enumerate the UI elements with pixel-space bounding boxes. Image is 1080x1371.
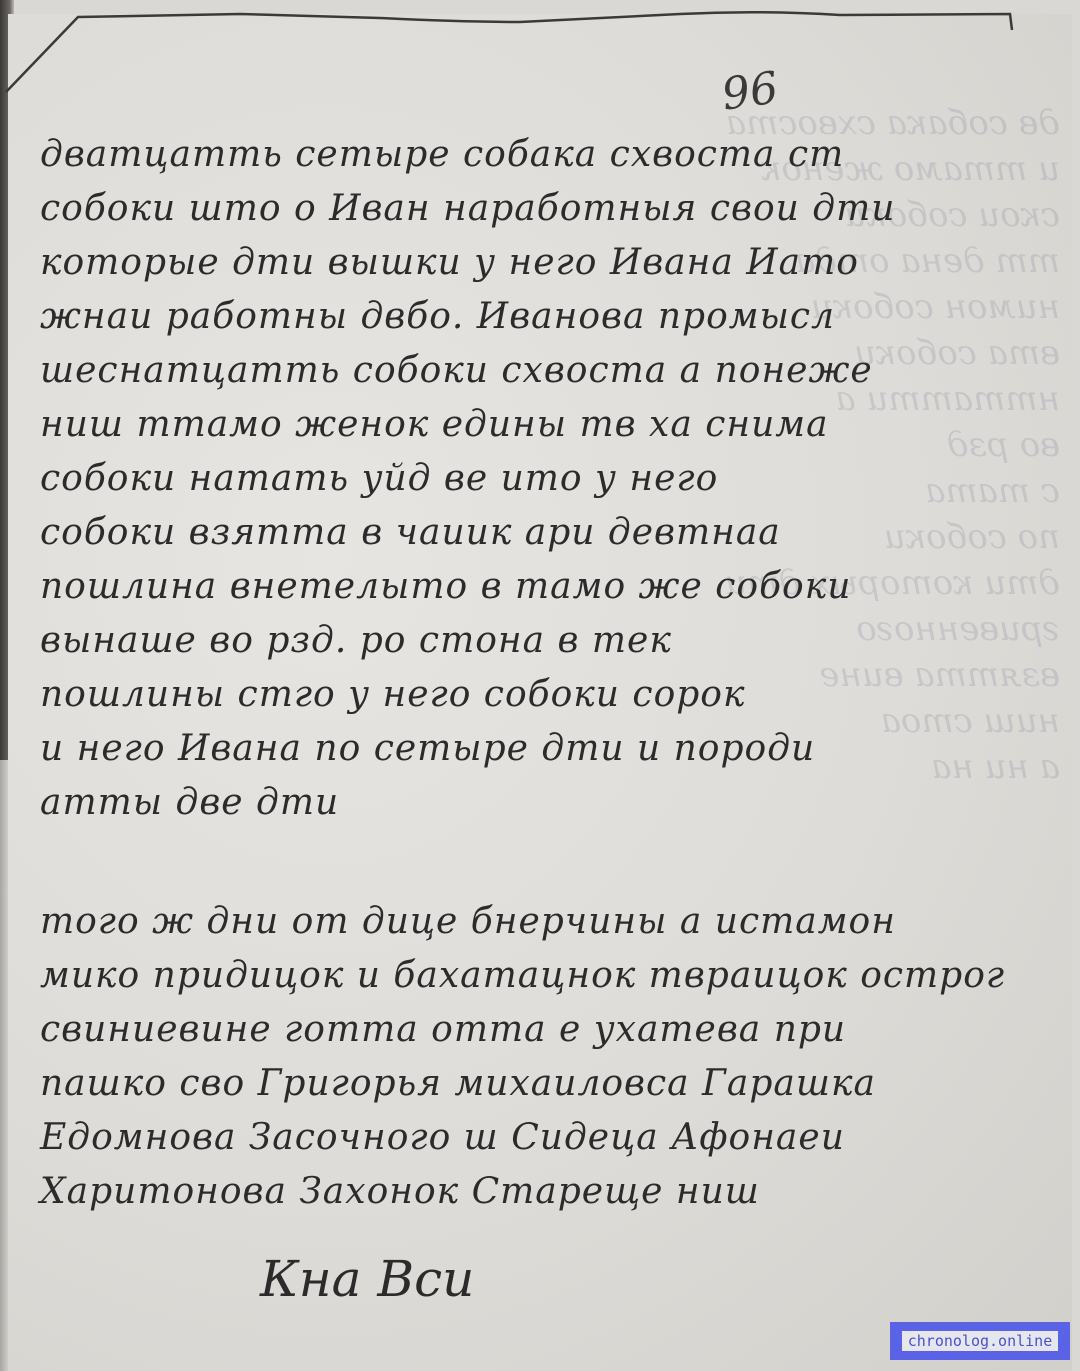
manuscript-line: дватцатть сетыре собака схвоста ст: [40, 128, 840, 182]
manuscript-line: мико придицок и бахатацнок твраицок остр…: [40, 949, 840, 1003]
manuscript-line: собоки взятта в чаиик ари девтнаа: [40, 506, 840, 560]
manuscript-line: Едомнова Засочного ш Сидеца Афонаеи: [40, 1111, 840, 1165]
manuscript-text-block-1: дватцатть сетыре собака схвоста ст собок…: [40, 128, 840, 830]
signature: Кна Вси: [260, 1250, 474, 1308]
manuscript-line: жнаи работны двбо. Иванова промысл: [40, 290, 840, 344]
manuscript-line: ниш ттамо женок едины тв ха снима: [40, 398, 840, 452]
manuscript-line: собоки натать уйд ве ито у него: [40, 452, 840, 506]
manuscript-line: Харитонова Захонок Стареще ниш: [40, 1165, 840, 1219]
watermark-label: chronolog.online: [902, 1331, 1059, 1351]
manuscript-line: атты две дти: [40, 776, 840, 830]
manuscript-line: свиниевине готта отта е ухатева при: [40, 1003, 840, 1057]
manuscript-line: шеснатцатть собоки схвоста а понеже: [40, 344, 840, 398]
manuscript-line: пошлина внетелыто в тамо же собоки: [40, 560, 840, 614]
manuscript-line: пошлины стго у него собоки сорок: [40, 668, 840, 722]
folio-number: 96: [719, 62, 782, 120]
manuscript-line: вынаше во рзд. ро стона в тек: [40, 614, 840, 668]
manuscript-text-block-2: того ж дни от дице бнерчины а истамон ми…: [40, 895, 840, 1219]
manuscript-line: которые дти вышки у него Ивана Иато: [40, 236, 840, 290]
manuscript-line: и него Ивана по сетыре дти и породи: [40, 722, 840, 776]
scan-binding-edge-lower: [0, 760, 8, 1371]
manuscript-line: того ж дни от дице бнерчины а истамон: [40, 895, 840, 949]
watermark-badge[interactable]: chronolog.online: [890, 1322, 1070, 1360]
manuscript-line: собоки што о Иван наработныя свои дти: [40, 182, 840, 236]
manuscript-line: пашко сво Григорья михаиловса Гарашка: [40, 1057, 840, 1111]
